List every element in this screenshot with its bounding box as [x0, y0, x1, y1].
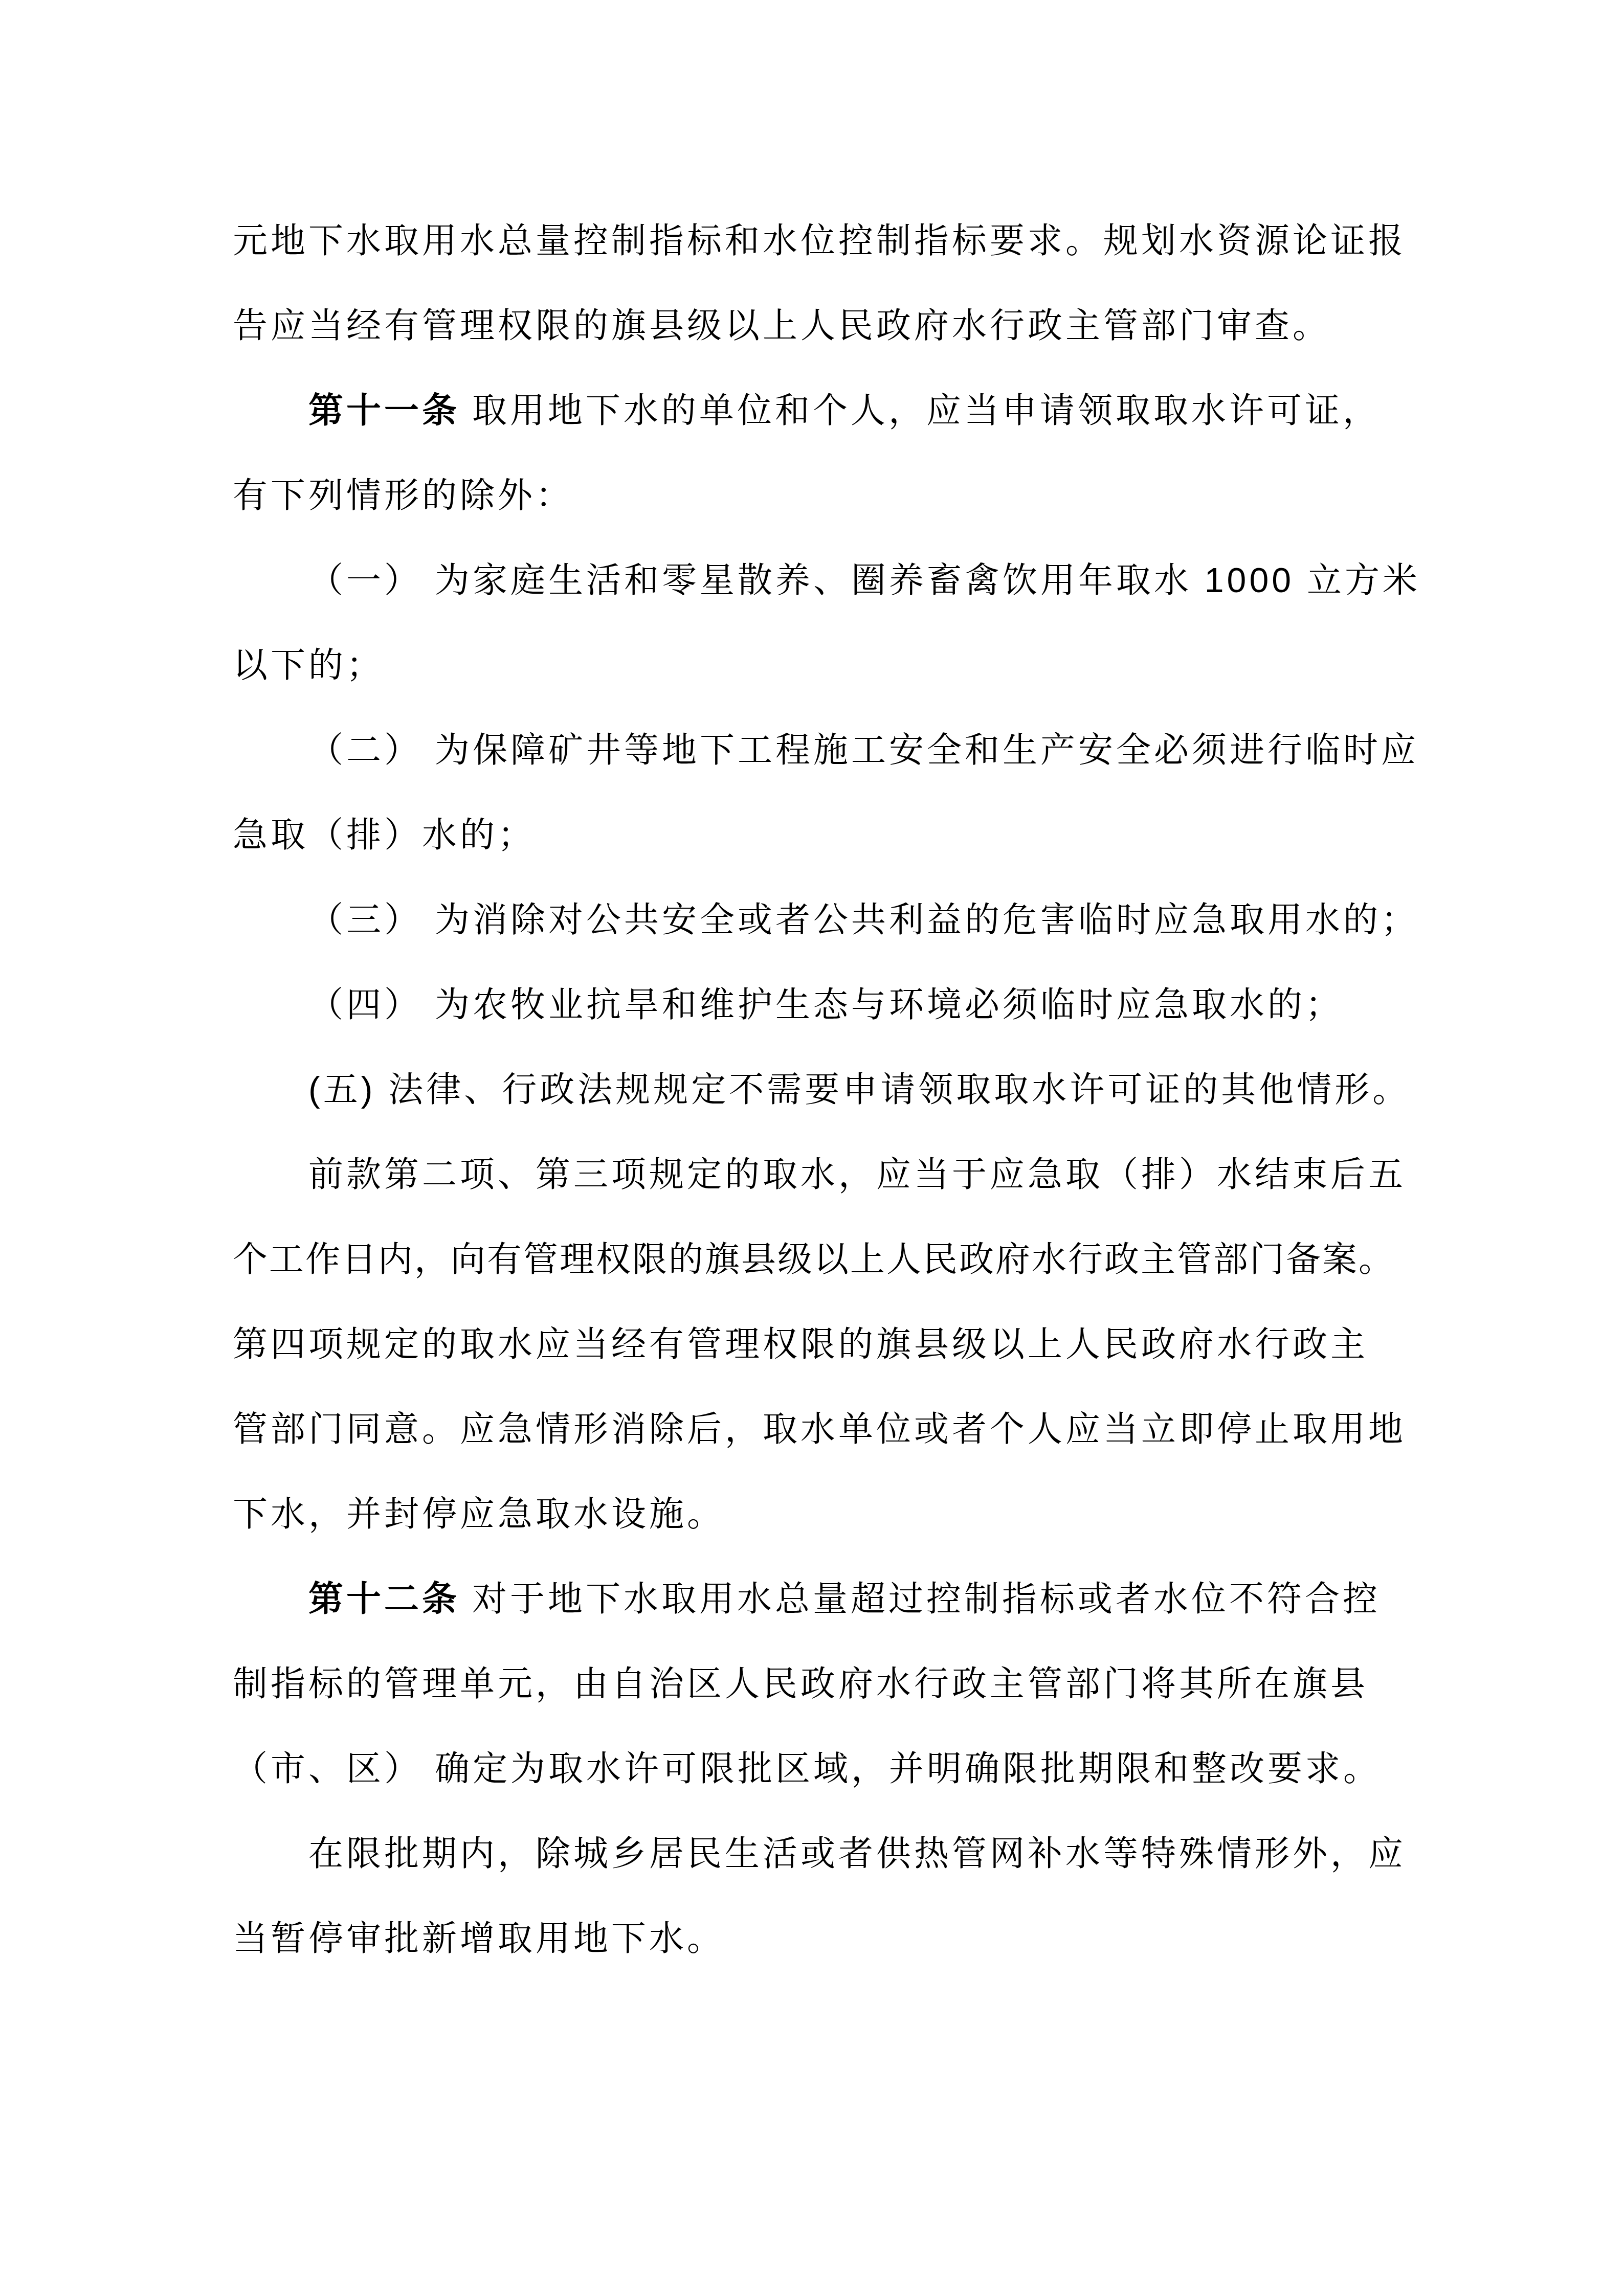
line-text: （三） 为消除对公共安全或者公共利益的危害临时应急取用水的； — [308, 901, 1419, 939]
text-line: 告应当经有管理权限的旗县级以上人民政府水行政主管部门审查。 — [233, 283, 1409, 368]
text-line: 有下列情形的除外： — [233, 453, 1409, 538]
line-text: （市、区） 确定为取水许可限批区域，并明确限批期限和整改要求。 — [233, 1749, 1381, 1788]
text-line: 前款第二项、第三项规定的取水，应当于应急取（排）水结束后五 — [233, 1132, 1409, 1217]
line-text: 第四项规定的取水应当经有管理权限的旗县级以上人民政府水行政主 — [233, 1325, 1368, 1364]
text-line: （市、区） 确定为取水许可限批区域，并明确限批期限和整改要求。 — [233, 1726, 1409, 1811]
line-text: 制指标的管理单元，由自治区人民政府水行政主管部门将其所在旗县 — [233, 1664, 1368, 1703]
text-line: （二） 为保障矿井等地下工程施工安全和生产安全必须进行临时应 — [233, 708, 1409, 793]
text-line: (五) 法律、行政法规规定不需要申请领取取水许可证的其他情形。 — [233, 1047, 1409, 1132]
text-line: 第十一条取用地下水的单位和个人，应当申请领取取水许可证， — [233, 368, 1409, 453]
text-line: 第四项规定的取水应当经有管理权限的旗县级以上人民政府水行政主 — [233, 1302, 1409, 1387]
line-text: 管部门同意。应急情形消除后，取水单位或者个人应当立即停止取用地 — [233, 1410, 1406, 1449]
text-line: （三） 为消除对公共安全或者公共利益的危害临时应急取用水的； — [233, 877, 1409, 962]
text-block: 元地下水取用水总量控制指标和水位控制指标要求。规划水资源论证报 告应当经有管理权… — [233, 198, 1409, 1981]
text-line: 在限批期内，除城乡居民生活或者供热管网补水等特殊情形外，应 — [233, 1811, 1409, 1896]
text-line: 管部门同意。应急情形消除后，取水单位或者个人应当立即停止取用地 — [233, 1387, 1409, 1472]
line-text: 告应当经有管理权限的旗县级以上人民政府水行政主管部门审查。 — [233, 306, 1330, 345]
text-line: （一） 为家庭生活和零星散养、圈养畜禽饮用年取水 1000 立方米 — [233, 538, 1409, 623]
line-text: 个工作日内，向有管理权限的旗县级以上人民政府水行政主管部门备案。 — [233, 1240, 1395, 1279]
text-line: 元地下水取用水总量控制指标和水位控制指标要求。规划水资源论证报 — [233, 198, 1409, 283]
text-line: 制指标的管理单元，由自治区人民政府水行政主管部门将其所在旗县 — [233, 1641, 1409, 1726]
text-line: 以下的； — [233, 623, 1409, 708]
line-text: 急取（排）水的； — [233, 816, 536, 854]
article-number: 第十二条 — [308, 1580, 460, 1618]
line-text: 前款第二项、第三项规定的取水，应当于应急取（排）水结束后五 — [308, 1155, 1406, 1194]
line-text: 当暂停审批新增取用地下水。 — [233, 1919, 725, 1958]
line-text: （二） 为保障矿井等地下工程施工安全和生产安全必须进行临时应 — [308, 731, 1419, 770]
line-text: （一） 为家庭生活和零星散养、圈养畜禽饮用年取水 1000 立方米 — [308, 561, 1420, 600]
line-text: 以下的； — [233, 646, 384, 685]
line-text: 有下列情形的除外： — [233, 476, 573, 515]
document-page: 元地下水取用水总量控制指标和水位控制指标要求。规划水资源论证报 告应当经有管理权… — [0, 0, 1624, 2296]
line-text: 下水，并封停应急取水设施。 — [233, 1495, 725, 1534]
line-text: (五) 法律、行政法规规定不需要申请领取取水许可证的其他情形。 — [308, 1070, 1410, 1109]
text-line: 个工作日内，向有管理权限的旗县级以上人民政府水行政主管部门备案。 — [233, 1217, 1409, 1302]
article-number: 第十一条 — [308, 391, 460, 430]
line-text: 在限批期内，除城乡居民生活或者供热管网补水等特殊情形外，应 — [308, 1834, 1406, 1873]
line-text: 对于地下水取用水总量超过控制指标或者水位不符合控 — [472, 1580, 1381, 1618]
line-text: 取用地下水的单位和个人，应当申请领取取水许可证， — [472, 391, 1381, 430]
text-line: 当暂停审批新增取用地下水。 — [233, 1896, 1409, 1981]
text-line: 第十二条对于地下水取用水总量超过控制指标或者水位不符合控 — [233, 1557, 1409, 1641]
line-text: （四） 为农牧业抗旱和维护生态与环境必须临时应急取水的； — [308, 985, 1343, 1024]
line-text: 元地下水取用水总量控制指标和水位控制指标要求。规划水资源论证报 — [233, 221, 1406, 260]
text-line: （四） 为农牧业抗旱和维护生态与环境必须临时应急取水的； — [233, 962, 1409, 1047]
text-line: 急取（排）水的； — [233, 793, 1409, 877]
text-line: 下水，并封停应急取水设施。 — [233, 1472, 1409, 1557]
